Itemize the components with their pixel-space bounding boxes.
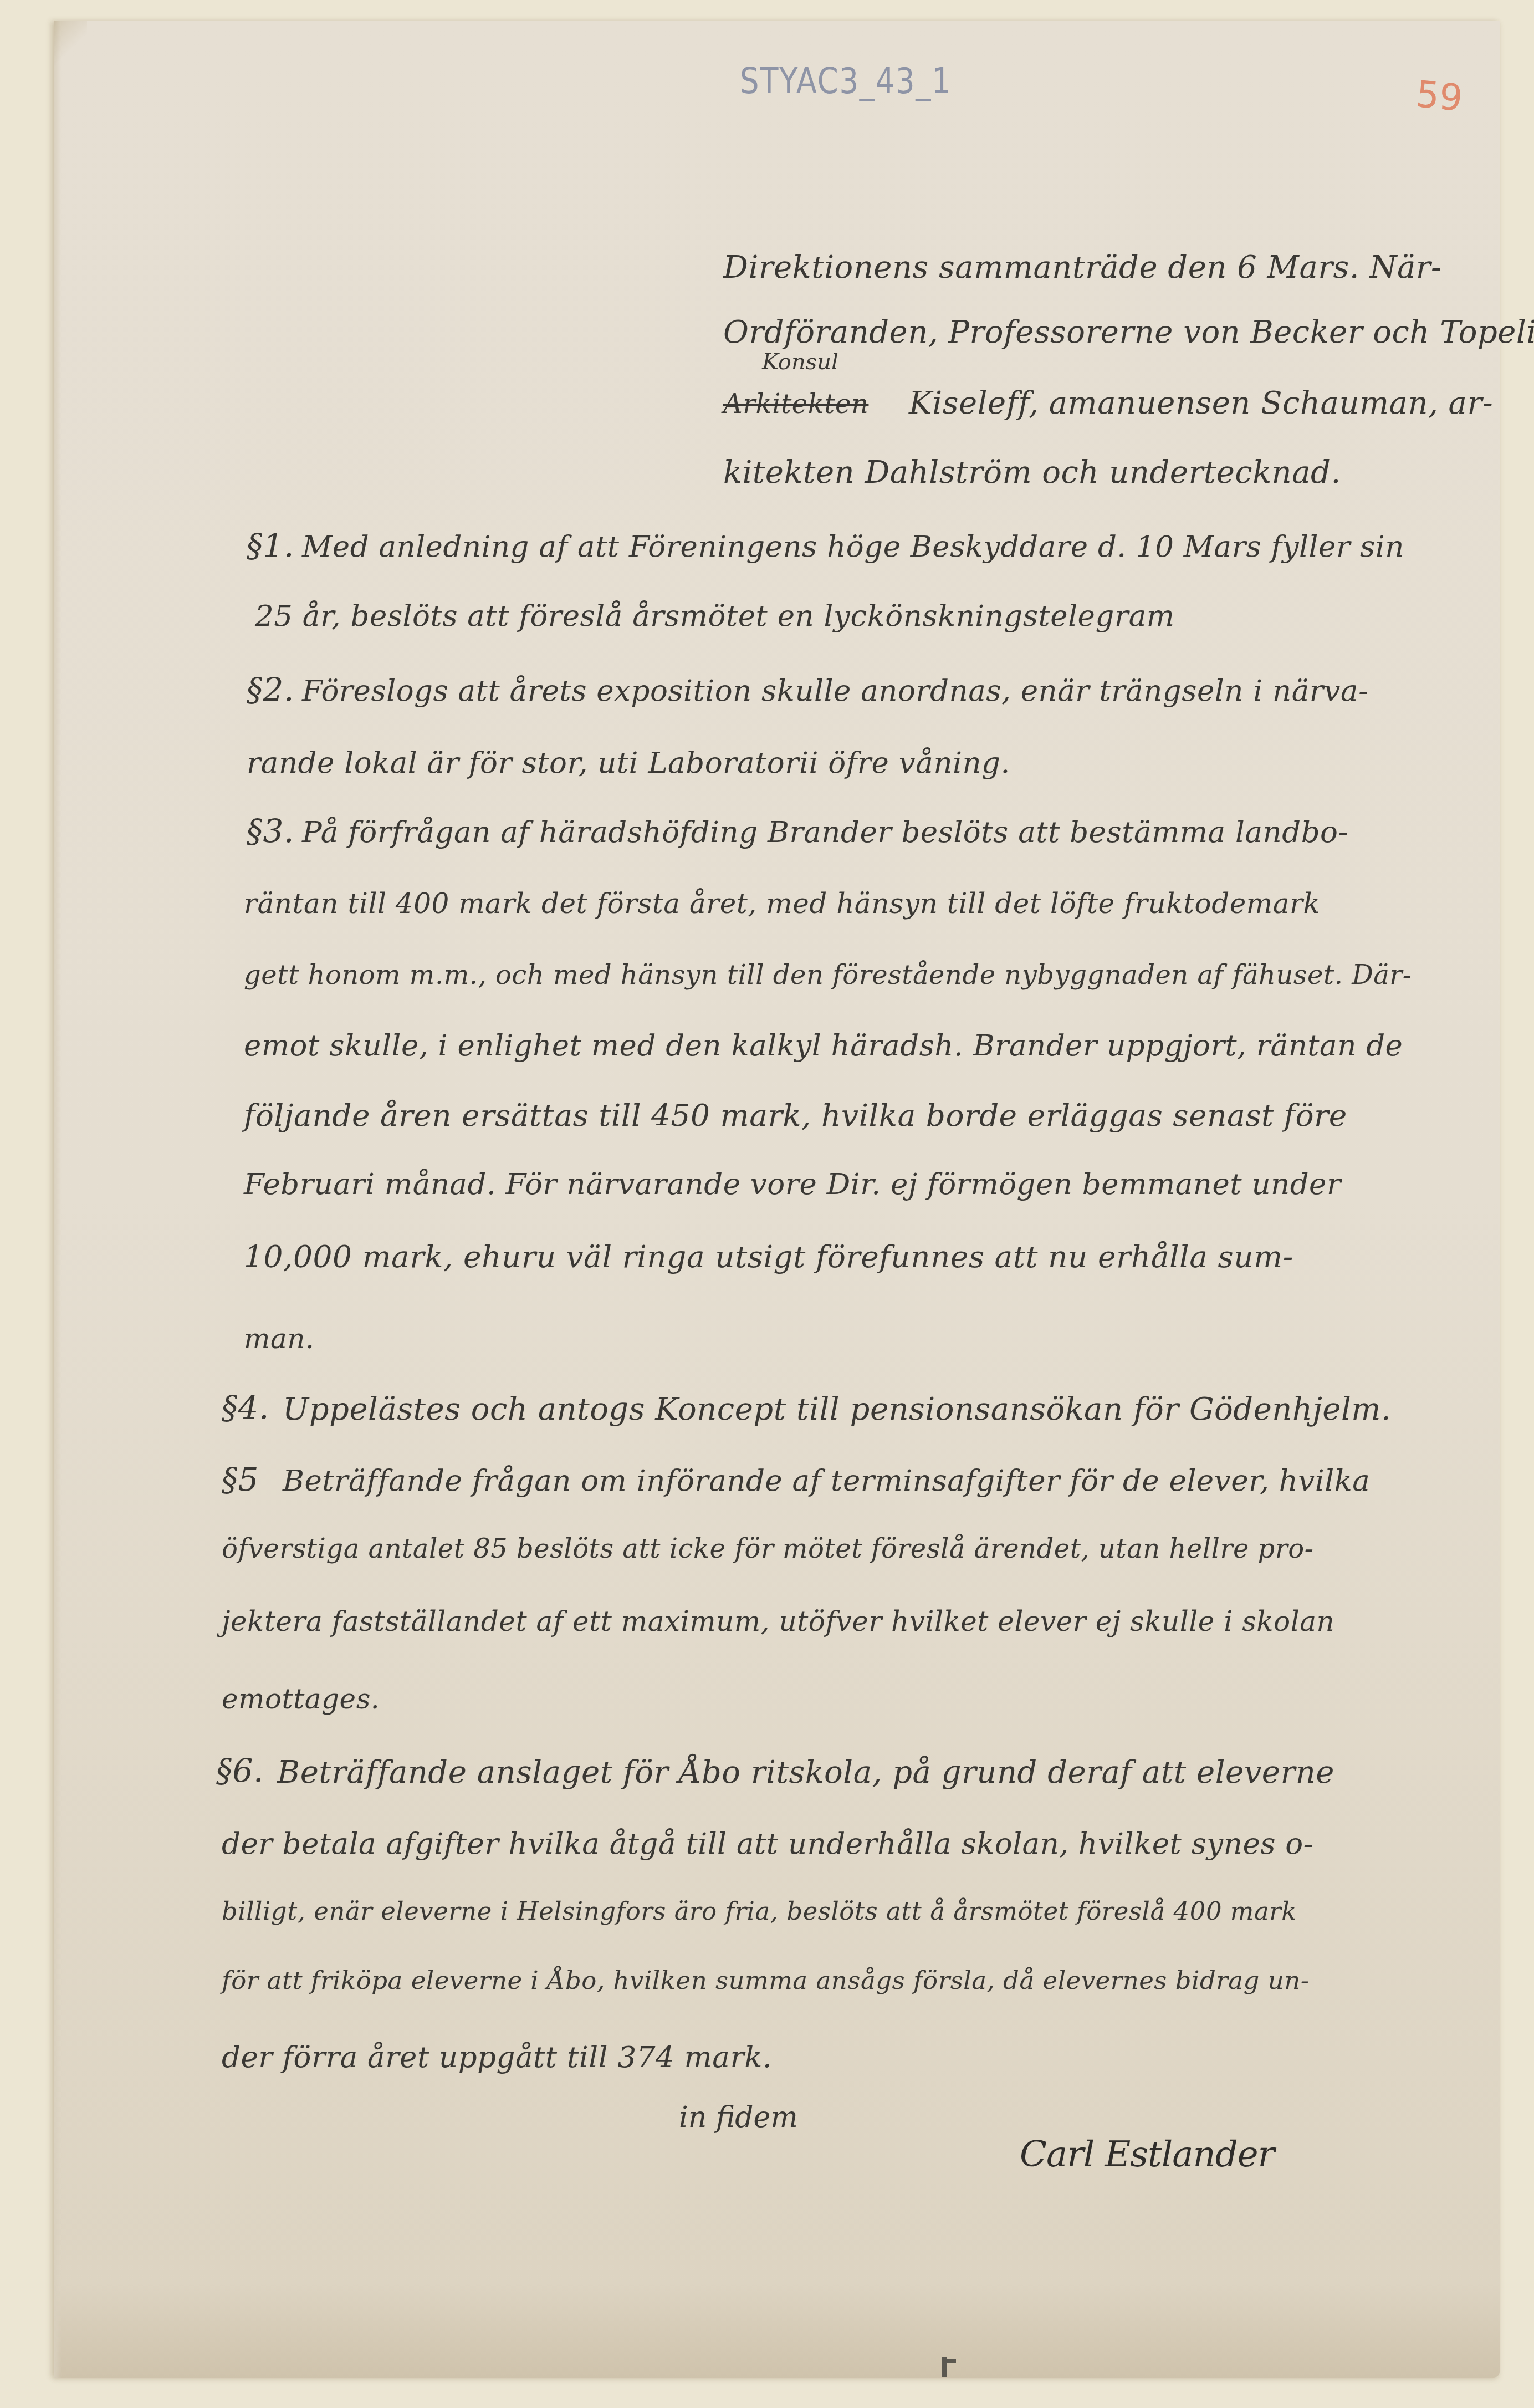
section-line: man.: [244, 1325, 314, 1353]
closing-in-fidem: in fidem: [679, 2101, 798, 2134]
section-number: §2.: [247, 674, 294, 706]
section-number: §5: [222, 1463, 259, 1496]
section-number: §1.: [247, 529, 294, 562]
header-line-1: Direktionens sammanträde den 6 Mars. När…: [723, 252, 1442, 283]
section-line: jektera fastställandet af ett maximum, u…: [222, 1608, 1334, 1635]
header-line-4: kitekten Dahlström och undertecknad.: [723, 457, 1341, 488]
archive-id-label: STYAC3_43_1: [740, 61, 952, 102]
section-line: för att friköpa eleverne i Åbo, hvilken …: [222, 1968, 1309, 1993]
section-line: rande lokal är för stor, uti Laboratorii…: [247, 748, 1010, 778]
section-line: billigt, enär eleverne i Helsingfors äro…: [222, 1899, 1297, 1924]
inserted-word-konsul: Konsul: [762, 349, 838, 375]
section-number: §3.: [247, 815, 294, 847]
section-line: Beträffande frågan om införande af termi…: [283, 1466, 1370, 1496]
section-line: Beträffande anslaget för Åbo ritskola, p…: [277, 1757, 1334, 1788]
section-line: 25 år, beslöts att föreslå årsmötet en l…: [255, 601, 1175, 631]
section-line: Uppelästes och antogs Koncept till pensi…: [283, 1394, 1391, 1425]
section-line: räntan till 400 mark det första året, me…: [244, 890, 1320, 917]
section-line: Februari månad. För närvarande vore Dir.…: [244, 1170, 1341, 1199]
section-line: På förfrågan af häradshöfding Brander be…: [302, 818, 1348, 847]
section-line: 10,000 mark, ehuru väl ringa utsigt före…: [244, 1242, 1293, 1272]
section-number: §6.: [216, 1754, 264, 1787]
bottom-ink-mark: [942, 2357, 947, 2377]
section-line: emottages.: [222, 1685, 380, 1713]
section-line: Föreslogs att årets exposition skulle an…: [302, 676, 1369, 706]
section-line: följande åren ersättas till 450 mark, hv…: [244, 1100, 1347, 1131]
section-line: öfverstiga antalet 85 beslöts att icke f…: [222, 1535, 1313, 1562]
section-line: der förra året uppgått till 374 mark.: [222, 2043, 772, 2072]
header-line-2: Ordföranden, Professorerne von Becker oc…: [723, 317, 1534, 348]
section-number: §4.: [222, 1391, 269, 1424]
section-line: der betala afgifter hvilka åtgå till att…: [222, 1829, 1313, 1859]
signature: Carl Estlander: [1020, 2134, 1274, 2175]
folio-number: 59: [1414, 73, 1465, 120]
struck-word-arkitekten: Arkitekten: [723, 391, 868, 417]
section-line: emot skulle, i enlighet med den kalkyl h…: [244, 1031, 1403, 1060]
section-line: gett honom m.m., och med hänsyn till den…: [244, 962, 1412, 988]
section-line: Med anledning af att Föreningens höge Be…: [302, 532, 1404, 562]
header-line-3: Kiseleff, amanuensen Schauman, ar-: [909, 388, 1493, 419]
